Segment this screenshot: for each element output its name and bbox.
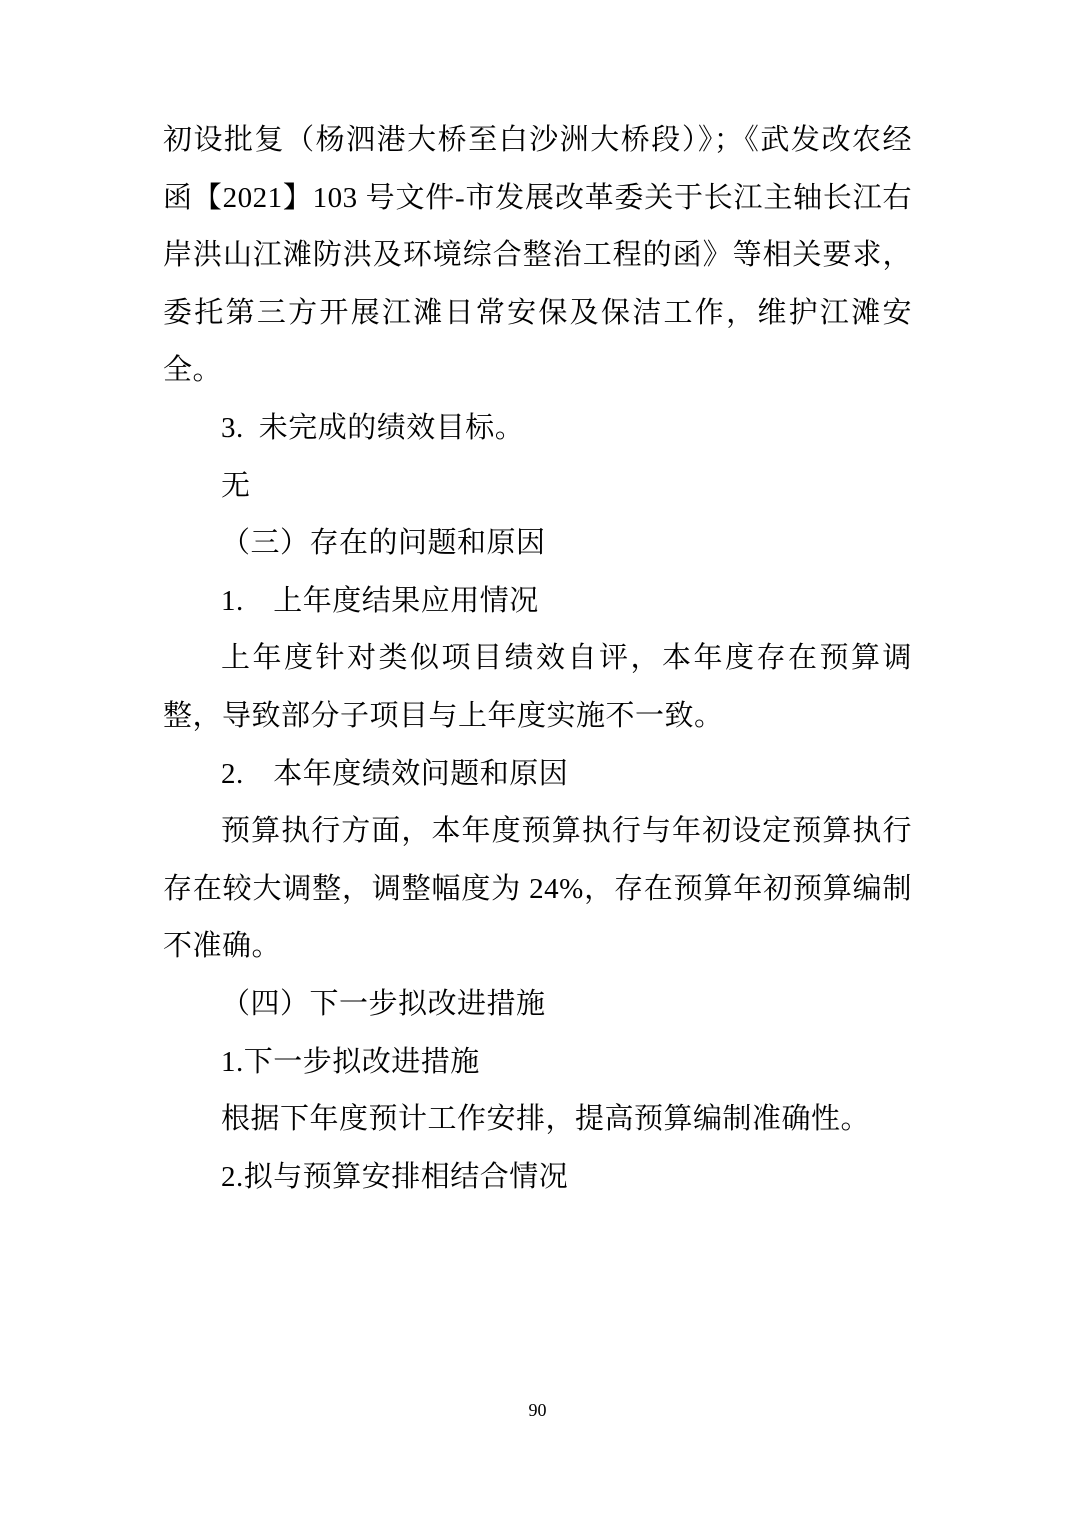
page-number: 90 — [0, 1398, 1075, 1422]
heading-item-2-current-year-performance-issues: 2. 本年度绩效问题和原因 — [163, 746, 912, 804]
paragraph-improve-budget-accuracy: 根据下年度预计工作安排，提高预算编制准确性。 — [163, 1091, 912, 1149]
heading-item-1-next-step-improvement-measures: 1.下一步拟改进措施 — [163, 1034, 912, 1092]
heading-section-3-problems-and-causes: （三）存在的问题和原因 — [163, 515, 912, 573]
paragraph-previous-year-self-evaluation: 上年度针对类似项目绩效自评，本年度存在预算调整，导致部分子项目与上年度实施不一致… — [163, 630, 912, 745]
heading-item-2-budget-arrangement-combination: 2.拟与预算安排相结合情况 — [163, 1149, 912, 1207]
heading-section-4-next-step-improvement-measures: （四）下一步拟改进措施 — [163, 976, 912, 1034]
document-body: 初设批复（杨泗港大桥至白沙洲大桥段）》；《武发改农经函【2021】103 号文件… — [163, 112, 912, 1206]
document-page: 初设批复（杨泗港大桥至白沙洲大桥段）》；《武发改农经函【2021】103 号文件… — [0, 0, 1075, 1520]
heading-item-1-previous-year-result-application: 1. 上年度结果应用情况 — [163, 573, 912, 631]
paragraph-none: 无 — [163, 458, 912, 516]
paragraph-budget-execution-adjustment: 预算执行方面，本年度预算执行与年初设定预算执行存在较大调整，调整幅度为 24%，… — [163, 803, 912, 976]
heading-unfinished-performance-goals: 3. 未完成的绩效目标。 — [163, 400, 912, 458]
paragraph-continuation-approval-documents: 初设批复（杨泗港大桥至白沙洲大桥段）》；《武发改农经函【2021】103 号文件… — [163, 112, 912, 400]
